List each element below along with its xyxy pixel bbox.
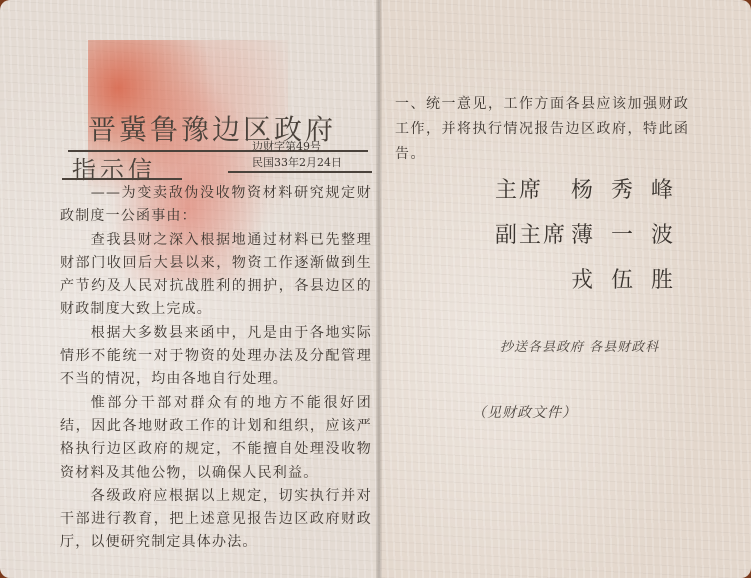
subtitle-underline xyxy=(62,178,182,180)
document-body: ——为变卖敌伪没收物资材料研究规定财政制度一公函事由： 查我县财之深入根据地通过… xyxy=(60,182,372,555)
body-paragraph: 查我县财之深入根据地通过材料已先整理财部门收回后大县以来，物资工作逐渐做到生产节… xyxy=(60,229,372,322)
signature-row: 主席 杨秀峰 xyxy=(495,168,691,213)
handwritten-note-reference: （见财政文件） xyxy=(472,402,577,422)
body-paragraph: 各级政府应根据以上规定，切实执行并对干部进行教育，把上述意见报告边区政府财政厅，… xyxy=(60,485,372,555)
body-paragraph: 根据大多数县来函中，凡是由于各地实际情形不能统一对于物资的处理办法及分配管理不当… xyxy=(60,322,372,392)
document-spread: 晋冀鲁豫边区政府 指示信 边财字第49号 民国33年2月24日 ——为变卖敌伪没… xyxy=(0,0,751,578)
signature-role: 主席 xyxy=(495,168,571,213)
page-gutter xyxy=(376,0,382,578)
signature-name: 薄一波 xyxy=(571,213,691,258)
signature-name: 戎伍胜 xyxy=(571,258,691,303)
signature-row: 戎伍胜 xyxy=(495,258,691,303)
signature-role xyxy=(495,258,571,303)
document-number: 边财字第49号 xyxy=(252,139,342,155)
closing-text: 一、统一意见，工作方面各县应该加强财政工作，并将执行情况报告边区政府，特此函告。 xyxy=(395,92,695,167)
signature-row: 副主席 薄一波 xyxy=(495,213,691,258)
body-paragraph: 惟部分干部对群众有的地方不能很好团结，因此各地财政工作的计划和组织，应该严格执行… xyxy=(60,392,372,485)
body-paragraph: ——为变卖敌伪没收物资材料研究规定财政制度一公函事由： xyxy=(60,182,372,229)
handwritten-note: 抄送各县政府 各县财政科 xyxy=(500,336,659,355)
docno-underline xyxy=(228,171,372,173)
document-date: 民国33年2月24日 xyxy=(252,155,342,171)
signature-role: 副主席 xyxy=(495,213,571,258)
document-number-block: 边财字第49号 民国33年2月24日 xyxy=(252,139,342,171)
signature-name: 杨秀峰 xyxy=(571,168,691,213)
left-page: 晋冀鲁豫边区政府 指示信 边财字第49号 民国33年2月24日 ——为变卖敌伪没… xyxy=(0,0,380,578)
signature-block: 主席 杨秀峰 副主席 薄一波 戎伍胜 xyxy=(495,168,691,303)
